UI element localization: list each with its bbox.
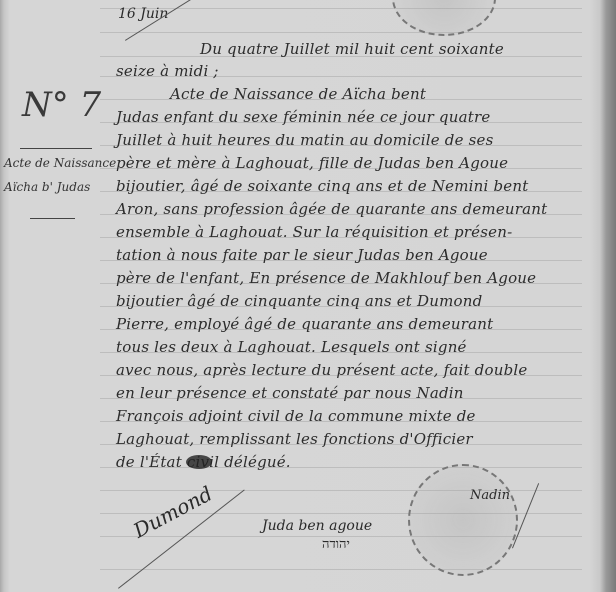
body-line: tation à nous faite par le sieur Judas b…: [116, 246, 616, 264]
body-line: père de l'enfant, En présence de Makhlou…: [116, 269, 616, 287]
entry-number: N° 7: [22, 85, 101, 125]
body-line: ensemble à Laghouat. Sur la réquisition …: [116, 223, 616, 241]
margin-underline: [30, 218, 75, 219]
body-line: Juillet à huit heures du matin au domici…: [116, 131, 616, 149]
body-line: Judas enfant du sexe féminin née ce jour…: [116, 108, 616, 126]
body-line: seize à midi ;: [116, 62, 616, 80]
body-line: bijoutier âgé de cinquante cinq ans et D…: [116, 292, 616, 310]
signature-declarant-hebrew: יהודה: [322, 536, 350, 552]
header-fragment: 16 Juin: [118, 6, 168, 22]
ruled-line: [100, 569, 582, 570]
signature-officer: Nadin: [470, 488, 510, 503]
body-line: Laghouat, remplissant les fonctions d'Of…: [116, 430, 616, 448]
body-line: Acte de Naissance de Aïcha bent: [170, 85, 616, 103]
body-line: Du quatre Juillet mil huit cent soixante: [200, 40, 616, 58]
margin-note-line2: Aïcha b' Judas: [4, 180, 90, 194]
body-line: bijoutier, âgé de soixante cinq ans et d…: [116, 177, 616, 195]
body-line: en leur présence et constaté par nous Na…: [116, 384, 616, 402]
margin-underline: [20, 148, 92, 149]
body-line: François adjoint civil de la commune mix…: [116, 407, 616, 425]
ink-blot: [186, 455, 212, 469]
official-seal-bottom: [408, 464, 518, 576]
body-line: avec nous, après lecture du présent acte…: [116, 361, 616, 379]
body-line: Pierre, employé âgé de quarante ans deme…: [116, 315, 616, 333]
margin-note-line1: Acte de Naissance: [4, 156, 116, 170]
official-seal-top: [392, 0, 496, 36]
signature-declarant: Juda ben agoue: [262, 518, 372, 534]
body-line: père et mère à Laghouat, fille de Judas …: [116, 154, 616, 172]
scanned-register-page: 16 Juin N° 7 Acte de Naissance Aïcha b' …: [0, 0, 616, 592]
ruled-line: [100, 32, 582, 33]
body-line: Aron, sans profession âgée de quarante a…: [116, 200, 616, 218]
body-line: tous les deux à Laghouat. Lesquels ont s…: [116, 338, 616, 356]
